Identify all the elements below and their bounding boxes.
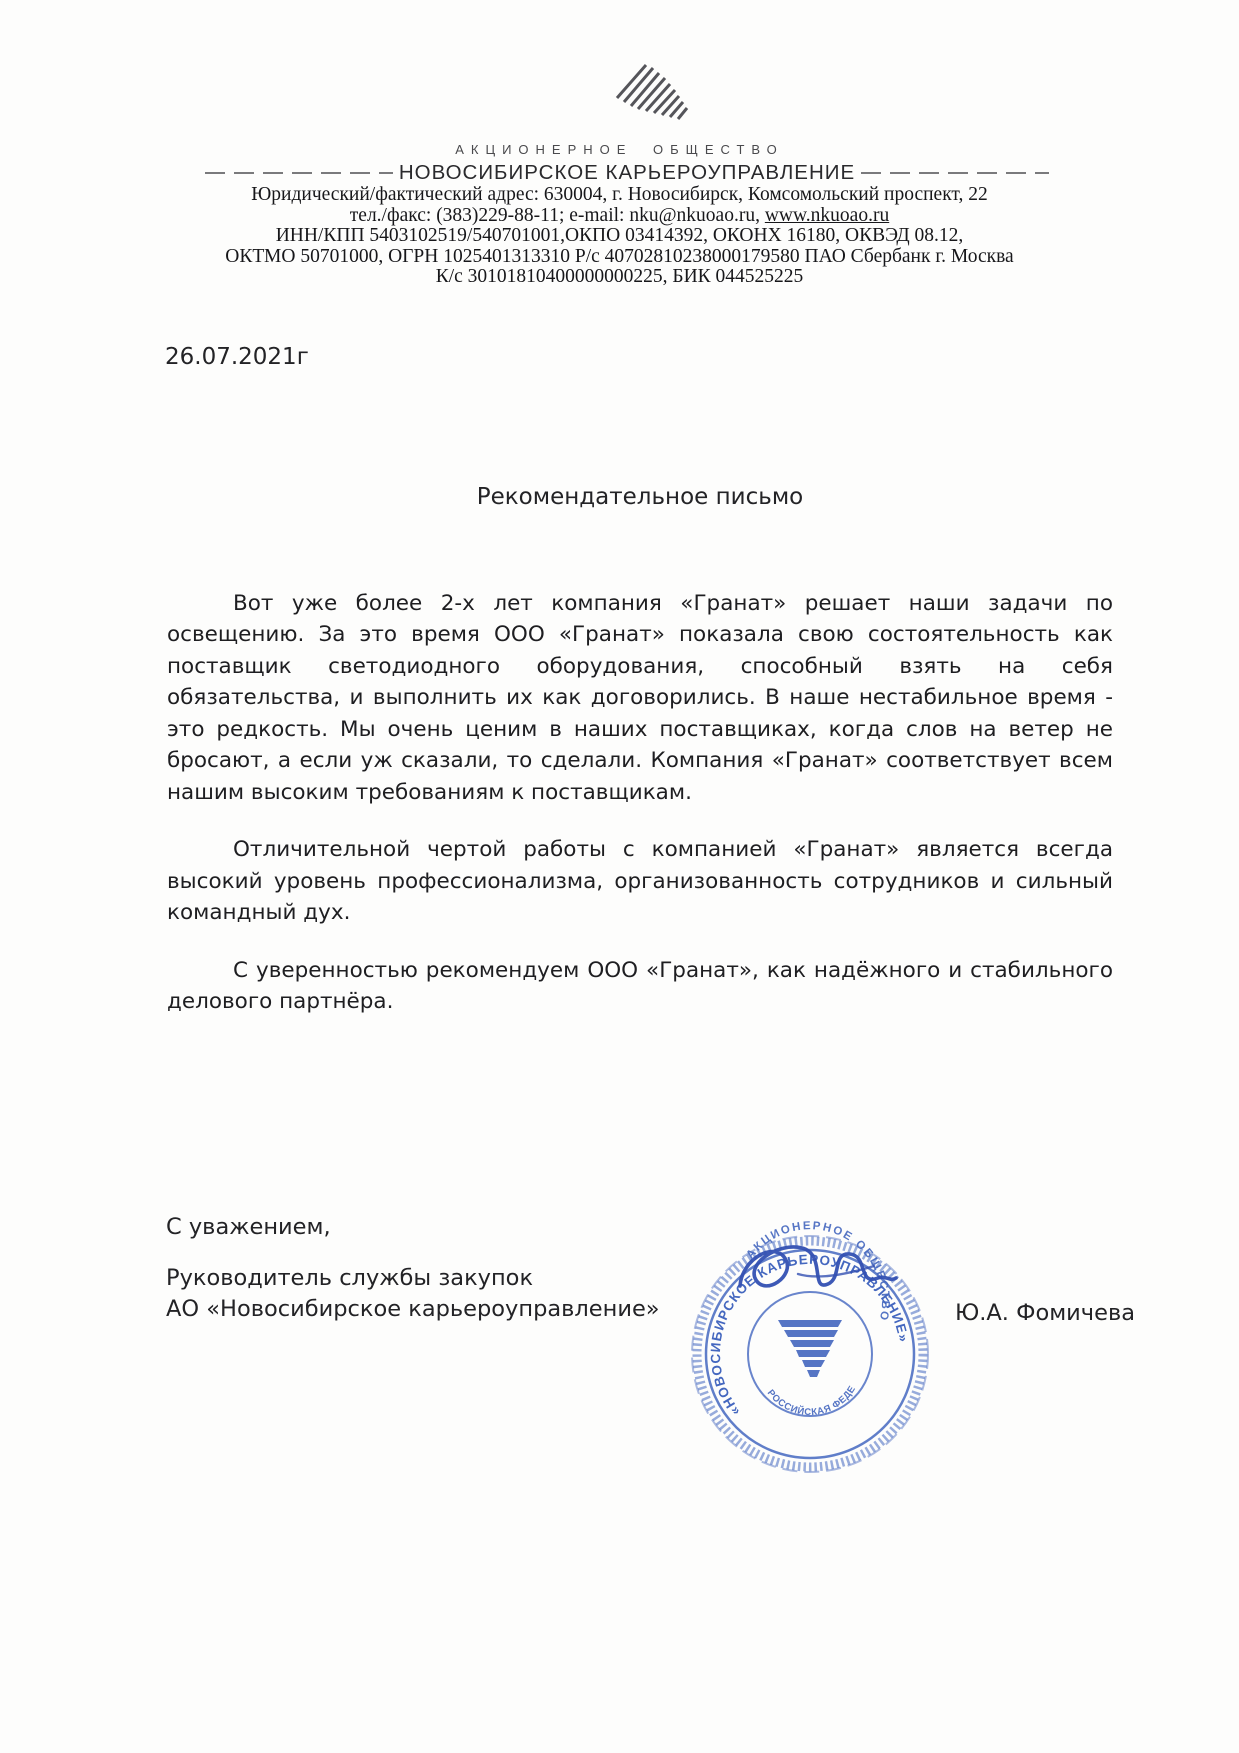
paragraph: С уверенностью рекомендуем ООО «Гранат»,… <box>167 955 1113 1018</box>
signer-position-line-2: АО «Новосибирское карьероуправление» <box>166 1294 660 1326</box>
stamp-center-logo <box>778 1320 842 1377</box>
letterhead: АКЦИОНЕРНОЕ ОБЩЕСТВО НОВОСИБИРСКОЕ КАРЬЕ… <box>0 0 1239 288</box>
org-name: НОВОСИБИРСКОЕ КАРЬЕРОУПРАВЛЕНИЕ <box>393 161 861 185</box>
header-rule-left <box>205 172 393 174</box>
letter-body: Вот уже более 2-х лет компания «Гранат» … <box>0 588 1239 1018</box>
requisites-line-1: ИНН/КПП 5403102519/540701001,ОКПО 034143… <box>0 226 1239 247</box>
requisites-line-2: ОКТМО 50701000, ОГРН 1025401313310 Р/с 4… <box>0 247 1239 268</box>
contact-prefix: тел./факс: (383)229-88-11; e-mail: nku@n… <box>350 205 765 226</box>
org-name-row: НОВОСИБИРСКОЕ КАРЬЕРОУПРАВЛЕНИЕ <box>205 161 1049 185</box>
paragraph: Отличительной чертой работы с компанией … <box>167 834 1113 929</box>
company-logo-icon <box>0 58 1239 122</box>
paragraph: Вот уже более 2-х лет компания «Гранат» … <box>167 588 1113 809</box>
letter-title: Рекомендательное письмо <box>167 484 1113 510</box>
signer-position-line-1: Руководитель службы закупок <box>166 1263 660 1295</box>
address-line: Юридический/фактический адрес: 630004, г… <box>0 185 1239 206</box>
signature-row: Руководитель службы закупок АО «Новосиби… <box>166 1263 1135 1326</box>
letter-date: 26.07.2021г <box>165 344 1239 370</box>
closing-salutation: С уважением, <box>166 1214 1239 1240</box>
letter-page: АКЦИОНЕРНОЕ ОБЩЕСТВО НОВОСИБИРСКОЕ КАРЬЕ… <box>0 0 1239 1753</box>
website-link: www.nkuoao.ru <box>765 205 889 226</box>
signer-position: Руководитель службы закупок АО «Новосиби… <box>166 1263 660 1326</box>
contact-line: тел./факс: (383)229-88-11; e-mail: nku@n… <box>0 206 1239 227</box>
org-type-label: АКЦИОНЕРНОЕ ОБЩЕСТВО <box>0 142 1239 157</box>
signer-name: Ю.А. Фомичева <box>955 1300 1135 1326</box>
requisites-line-3: К/с 30101810400000000225, БИК 044525225 <box>0 267 1239 288</box>
header-rule-right <box>861 172 1049 174</box>
